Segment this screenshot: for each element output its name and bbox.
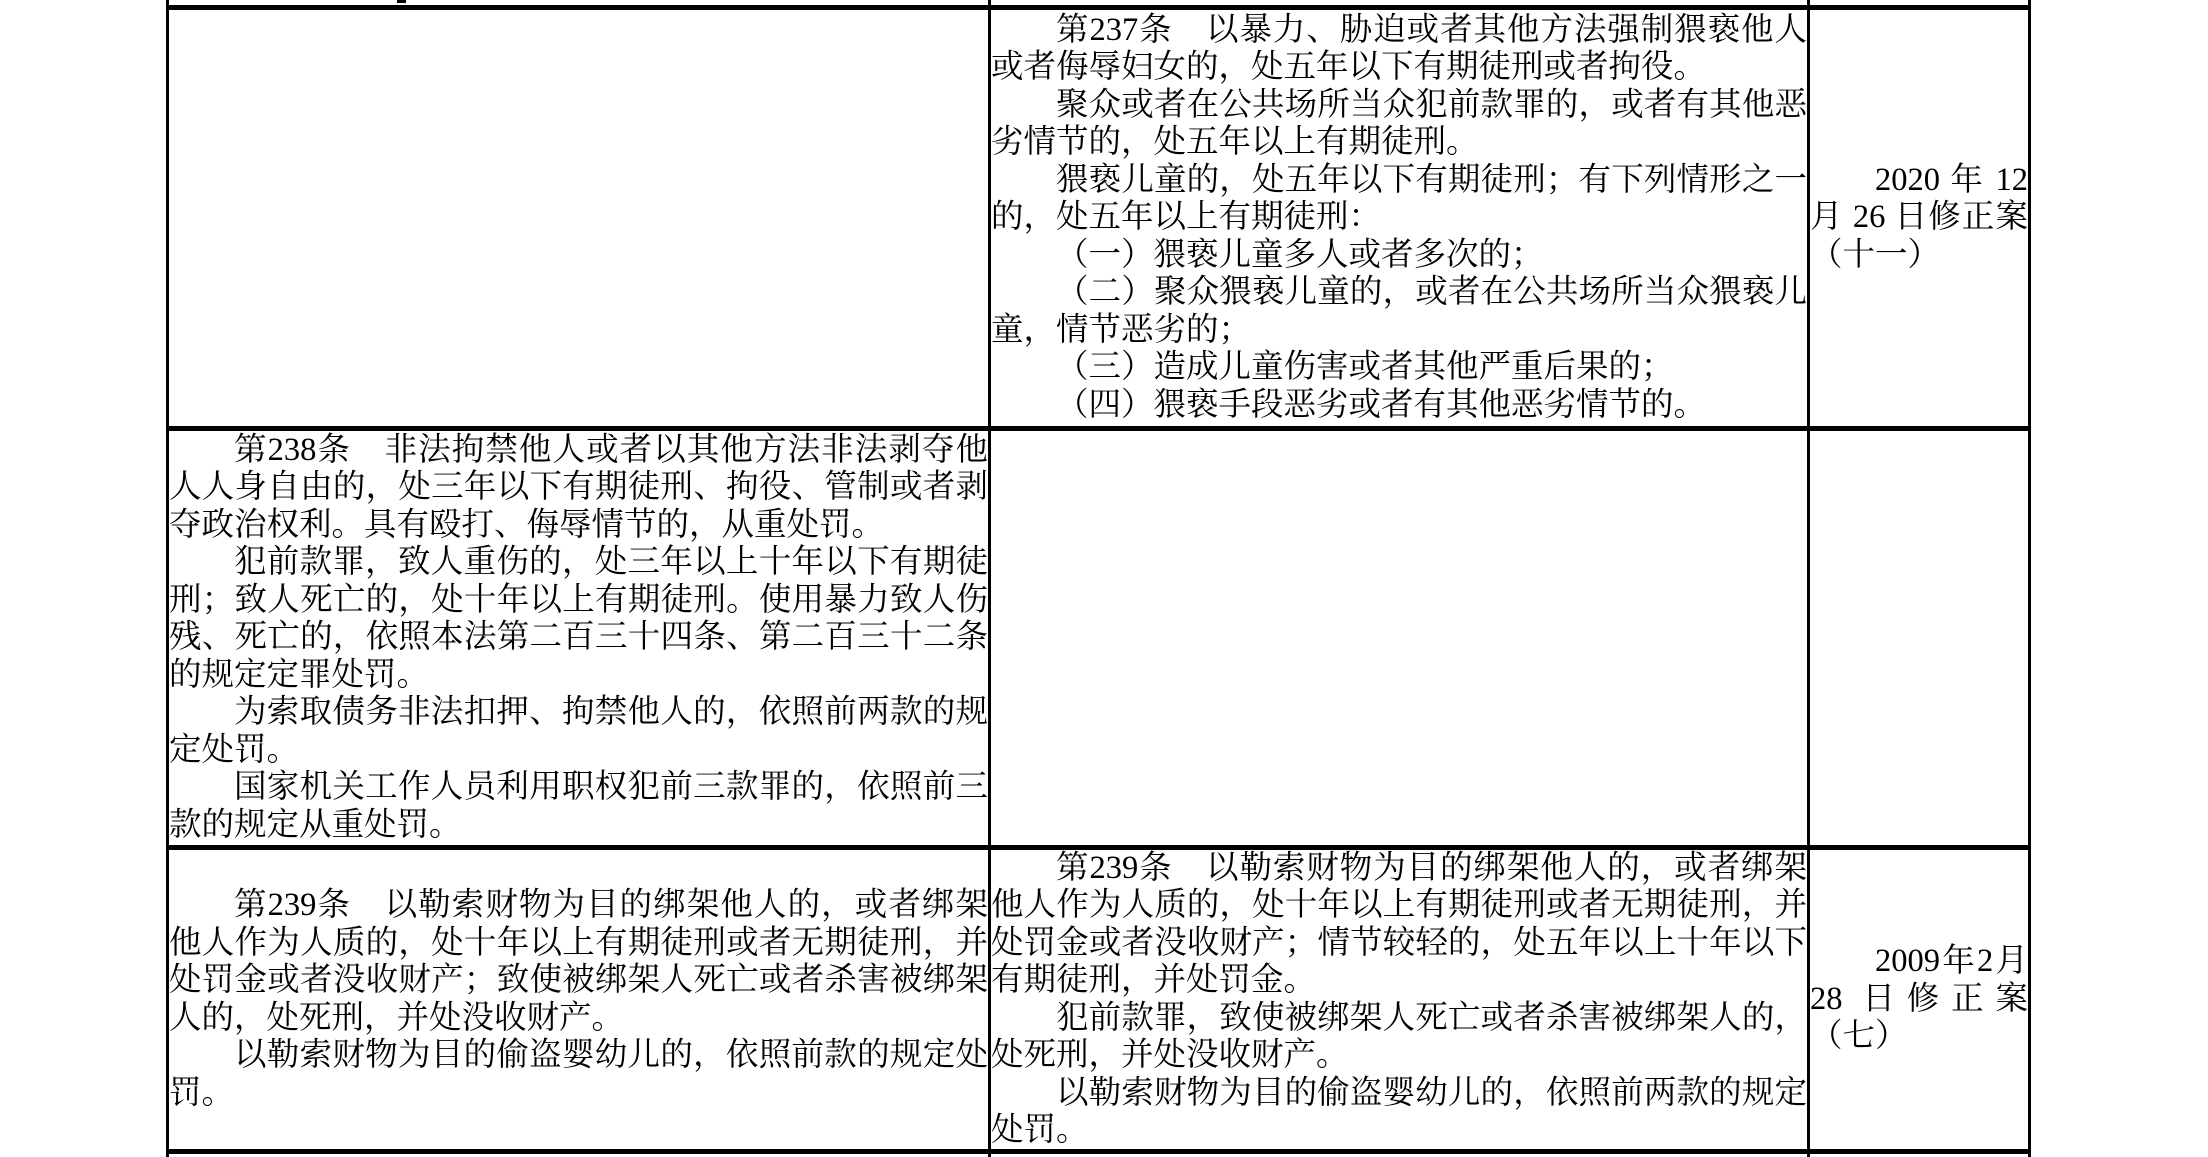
paragraph: 以勒索财物为目的偷盗婴幼儿的，依照前两款的规定处罚。 (991, 1075, 1807, 1150)
table-row-article-238: 第238条 非法拘禁他人或者以其他方法非法剥夺他人人身自由的，处三年以下有期徒刑… (0, 431, 2208, 845)
paragraph: 聚众或者在公共场所当众犯前款罪的，或者有其他恶劣情节的，处五年以上有期徒刑。 (991, 87, 1807, 162)
paragraph: 第239条 以勒索财物为目的绑架他人的，或者绑架他人作为人质的，处十年以上有期徒… (169, 887, 988, 1037)
amendment-cell-238 (1810, 431, 2028, 845)
paragraph: 第237条 以暴力、胁迫或者其他方法强制猥亵他人或者侮辱妇女的，处五年以下有期徒… (991, 12, 1807, 87)
table-border-horizontal-bottom (166, 1149, 2031, 1154)
old-text-cell-237 (169, 10, 988, 426)
new-text-cell-237: 第237条 以暴力、胁迫或者其他方法强制猥亵他人或者侮辱妇女的，处五年以下有期徒… (991, 10, 1807, 426)
paragraph: 第239条 以勒索财物为目的绑架他人的，或者绑架他人作为人质的，处十年以上有期徒… (991, 850, 1807, 1000)
table-row-article-239: 第239条 以勒索财物为目的绑架他人的，或者绑架他人作为人质的，处十年以上有期徒… (0, 850, 2208, 1149)
paragraph: 猥亵儿童的，处五年以下有期徒刑；有下列情形之一的，处五年以上有期徒刑： (991, 162, 1807, 237)
old-text-cell-239: 第239条 以勒索财物为目的绑架他人的，或者绑架他人作为人质的，处十年以上有期徒… (169, 850, 988, 1149)
paragraph: （一）猥亵儿童多人或者多次的； (991, 237, 1807, 275)
new-text-cell-239: 第239条 以勒索财物为目的绑架他人的，或者绑架他人作为人质的，处十年以上有期徒… (991, 850, 1807, 1149)
old-text-cell-238: 第238条 非法拘禁他人或者以其他方法非法剥夺他人人身自由的，处三年以下有期徒刑… (169, 431, 988, 845)
law-comparison-table: 第237条 以暴力、胁迫或者其他方法强制猥亵他人或者侮辱妇女的，处五年以下有期徒… (0, 0, 2208, 1157)
clipped-text-remnant (397, 0, 406, 3)
paragraph: 犯前款罪，致人重伤的，处三年以上十年以下有期徒刑；致人死亡的，处十年以上有期徒刑… (169, 544, 988, 694)
paragraph: （三）造成儿童伤害或者其他严重后果的； (991, 349, 1807, 387)
paragraph: （四）猥亵手段恶劣或者有其他恶劣情节的。 (991, 387, 1807, 425)
paragraph: 第238条 非法拘禁他人或者以其他方法非法剥夺他人人身自由的，处三年以下有期徒刑… (169, 432, 988, 545)
amendment-text-239: 2009年2月28 日修正案（七） (1810, 943, 2028, 1056)
paragraph: 为索取债务非法扣押、拘禁他人的，依照前两款的规定处罚。 (169, 694, 988, 769)
new-text-cell-238 (991, 431, 1807, 845)
amendment-text-237: 2020 年 12 月 26 日修正案（十一） (1810, 162, 2028, 275)
paragraph: 以勒索财物为目的偷盗婴幼儿的，依照前款的规定处罚。 (169, 1037, 988, 1112)
table-row-article-237: 第237条 以暴力、胁迫或者其他方法强制猥亵他人或者侮辱妇女的，处五年以下有期徒… (0, 10, 2208, 426)
amendment-cell-237: 2020 年 12 月 26 日修正案（十一） (1810, 10, 2028, 426)
paragraph: （二）聚众猥亵儿童的，或者在公共场所当众猥亵儿童，情节恶劣的； (991, 274, 1807, 349)
amendment-cell-239: 2009年2月28 日修正案（七） (1810, 850, 2028, 1149)
paragraph: 国家机关工作人员利用职权犯前三款罪的，依照前三款的规定从重处罚。 (169, 769, 988, 844)
paragraph: 犯前款罪，致使被绑架人死亡或者杀害被绑架人的，处死刑，并处没收财产。 (991, 1000, 1807, 1075)
document-page: 第237条 以暴力、胁迫或者其他方法强制猥亵他人或者侮辱妇女的，处五年以下有期徒… (0, 0, 2208, 1157)
